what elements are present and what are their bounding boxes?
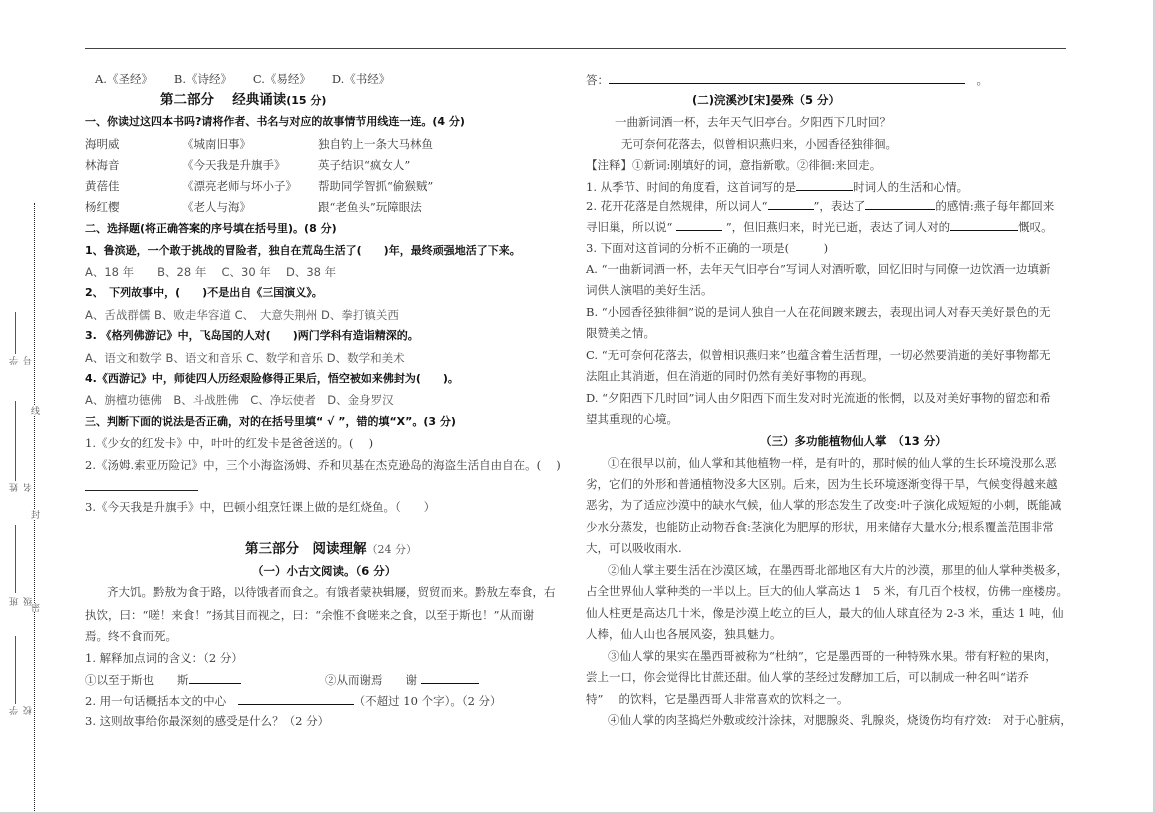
passage-line: 焉。终不食而死。	[85, 628, 177, 644]
choice-text[interactable]: C. “无可奈何花落去，似曾相识燕归来”也蕴含着生活哲理，一切必然要消逝的美好事…	[586, 347, 1050, 363]
choice-text: 词供人演唱的美好生活。	[586, 282, 713, 298]
mc-options[interactable]: A、旃檀功德佛 B、斗战胜佛 C、净坛使者 D、金身罗汉	[85, 392, 394, 408]
author[interactable]: 杨红樱	[85, 199, 120, 215]
choice-text: 法阻止其消逝，但在消逝的同时仍然有美好事物的再现。	[586, 368, 874, 384]
field-line	[15, 312, 16, 354]
plot[interactable]: 帮助同学智抓“偷猴贼”	[318, 178, 433, 194]
field-label: 学号	[8, 356, 36, 365]
paragraph-line: 人棒，仙人山也各展风姿，独具魅力。	[586, 626, 782, 642]
question: 3. 这则故事给你最深刻的感受是什么？（2 分）	[85, 713, 329, 729]
judge-item[interactable]: 3.《今天我是升旗手》中，巴顿小组烹饪课上做的是红烧鱼。（ ）	[85, 499, 435, 515]
field-label: 姓名	[8, 483, 36, 492]
answer-blank[interactable]	[768, 197, 814, 210]
field-label: 班级	[8, 597, 36, 606]
plot[interactable]: 跟“老鱼头”玩障眼法	[318, 199, 422, 215]
poem-line: 一曲新词酒一杯，去年天气旧亭台。夕阳西下几时回？	[615, 114, 891, 130]
binding-mark-xian: 线	[27, 406, 41, 415]
mc-question: 2、 下列故事中，( )不是出自《三国演义》。	[85, 285, 323, 301]
paragraph-line: 少水分蒸发，也能防止动物吞食:茎演化为肥厚的形状，用来储存大量水分;根系覆盖范围…	[586, 519, 1054, 535]
question: 2. 用一句话概括本文的中心 （不超过 10 个字）。（2 分）	[85, 692, 502, 709]
sec2-title: 二、选择题(将正确答案的序号填在括号里)。(8 分)	[85, 221, 337, 237]
book[interactable]: 《漂亮老师与坏小子》	[182, 178, 297, 194]
question: 寻旧巢，所以说“ ”，但旧燕归来，时光已逝，表达了词人对的慨叹。	[586, 218, 1053, 235]
choice-text[interactable]: D. “夕阳西下几时回”词人由夕阳西下而生发对时光流逝的怅惘，以及对美好事物的留…	[586, 390, 1051, 406]
answer-blank[interactable]	[609, 71, 965, 84]
field-line	[15, 636, 16, 704]
field-label: 学校	[8, 706, 36, 715]
binding-dotted-line	[34, 203, 35, 811]
mc-options[interactable]: A、18 年 B、28 年 C、30 年 D、38 年	[85, 264, 336, 280]
answer-blank[interactable]	[189, 671, 241, 684]
passage-line: 执饮，曰：“嗟！来食！”扬其目而视之，曰：“余惟不食嗟来之食，以至于斯也！”从而…	[85, 607, 534, 623]
paragraph-line: 劣，它们的外形和普通植物没多大区别。后来，因为生长环境逐渐变得干旱，气候变得越来…	[586, 476, 1058, 492]
author[interactable]: 林海音	[85, 157, 120, 173]
plot[interactable]: 英子结识“疯女人”	[318, 157, 410, 173]
paragraph-line: 恶劣，为了适应沙漠中的缺水气候，仙人掌的形态发生了改变:叶子演化成短短的小刺，既…	[586, 497, 1061, 513]
choice-text: 限赞美之情。	[586, 325, 655, 341]
mc-question: 3. 《格列佛游记》中，飞岛国的人对( )两门学科有造诣精深的。	[85, 328, 419, 344]
choice-text[interactable]: B. “小园香径独徘徊”说的是词人独自一人在花间踱来踱去，表现出词人对春天美好景…	[586, 304, 1051, 320]
sub3-title: （三）多功能植物仙人掌 （13 分）	[760, 433, 947, 449]
question: 2. 花开花落是自然规律，所以词人“”，表达了的感情:燕子每年都回来	[586, 197, 1054, 214]
paragraph-line: ②仙人掌主要生活在沙漠区域，在墨西哥北部地区有大片的沙漠，那里的仙人掌种类极多，	[608, 562, 1068, 578]
option: C.《易经》	[253, 72, 305, 86]
paragraph-line: 大，可以吸收雨水.	[586, 540, 682, 556]
binding-mark-feng: 封	[27, 510, 41, 519]
part2-heading: 第二部分 经典诵读(15 分)	[160, 92, 326, 109]
paragraph-line: 尝上一口，你会觉得比甘蔗还甜。仙人掌的茎经过发酵加工后，可以制成一种名叫“诺乔	[586, 669, 1029, 685]
field-line	[15, 525, 16, 593]
paragraph-line: 特” 的饮料，它是墨西哥人非常喜欢的饮料之一。	[586, 691, 849, 707]
answer-underline	[85, 490, 198, 491]
question: ①以至于斯也 斯	[85, 671, 241, 688]
answer-blank[interactable]	[865, 197, 935, 210]
question: ②从而谢焉 谢	[325, 671, 479, 688]
passage-line: 齐大饥。黔敖为食于路，以待饿者而食之。有饿者蒙袂辑屦，贸贸而来。黔敖左奉食，右	[107, 584, 556, 600]
plot[interactable]: 独自钓上一条大马林鱼	[318, 136, 433, 152]
paragraph-line: 占全世界仙人掌种类的一半以上。巨大的仙人掌高达 1 5 米，有几百个枝杈，仿佛一…	[586, 583, 1068, 599]
option: A.《圣经》	[95, 72, 147, 86]
author[interactable]: 黄蓓佳	[85, 178, 120, 194]
mc-options[interactable]: A、舌战群儒 B、败走华容道 C、 大意失荆州 D、拳打镇关西	[85, 307, 399, 323]
choice-text: 望其重现的心境。	[586, 411, 678, 427]
paragraph-line: 仙人柱更是高达几十米，像是沙漠上屹立的巨人，最大的仙人球直径为 2-3 米，重达…	[586, 605, 1063, 621]
option: D.《书经》	[332, 72, 390, 86]
sec1-title: 一、你读过这四本书吗?请将作者、书名与对应的故事情节用线连一连。(4 分)	[85, 114, 465, 130]
answer-blank[interactable]	[950, 218, 1018, 231]
paragraph-line: ④仙人掌的肉茎捣烂外敷或绞汁涂抹，对腮腺炎、乳腺炎，烧烫伤均有疗效: 对于心脏病…	[608, 712, 1072, 728]
book[interactable]: 《老人与海》	[182, 199, 251, 215]
paragraph-line: ①在很早以前，仙人掌和其他植物一样，是有叶的，那时候的仙人掌的生长环境没那么恶	[608, 455, 1057, 471]
choice-text[interactable]: A. “一曲新词酒一杯，去年天气旧亭台”写词人对酒听歌，回忆旧时与同僚一边饮酒一…	[586, 261, 1050, 277]
mc-question: 4.《西游记》中，师徒四人历经艰险修得正果后，悟空被如来佛封为( )。	[85, 371, 459, 387]
sub2-title: (二)浣溪沙[宋]晏殊（5 分）	[692, 92, 840, 108]
book[interactable]: 《城南旧事》	[182, 136, 251, 152]
question: 1. 从季节、时间的角度看，这首词写的是时词人的生活和心情。	[586, 178, 968, 195]
field-line	[15, 401, 16, 481]
answer-blank[interactable]	[238, 692, 354, 705]
mc-question: 1、鲁滨逊，一个敢于挑战的冒险者，独自在荒岛生活了( )年，最终顽强地活了下来。	[85, 243, 521, 259]
question: 3. 下面对这首词的分析不正确的一项是( )	[586, 240, 828, 256]
answer-blank[interactable]	[676, 218, 722, 231]
option: B.《诗经》	[174, 72, 226, 86]
judge-item[interactable]: 2.《汤姆.索亚历险记》中，三个小海盗汤姆、乔和贝基在杰克逊岛的海盗生活自由自在…	[85, 457, 561, 473]
mc-options[interactable]: A、语文和数学 B、语文和音乐 C、数学和音乐 D、数学和美术	[85, 350, 405, 366]
judge-item[interactable]: 1.《少女的红发卡》中，叶叶的红发卡是爸爸送的。( )	[85, 435, 373, 451]
question: 1. 解释加点词的含义：（2 分）	[85, 650, 243, 666]
part3-heading: 第三部分 阅读理解（24 分）	[245, 541, 417, 558]
paragraph-line: ③仙人掌的果实在墨西哥被称为“杜纳”，它是墨西哥的一种特殊水果。带有籽粒的果肉，	[608, 648, 1057, 664]
answer-line: 答： 。	[586, 71, 988, 88]
book[interactable]: 《今天我是升旗手》	[182, 157, 286, 173]
answer-blank[interactable]	[796, 178, 853, 191]
sec3-title: 三、判断下面的说法是否正确，对的在括号里填“ √ ”，错的填“X”。(3 分)	[85, 414, 456, 430]
option-row: A.《圣经》 B.《诗经》 C.《易经》 D.《书经》	[95, 71, 390, 87]
answer-blank[interactable]	[421, 671, 479, 684]
annotation: 【注释】①新词:刚填好的词，意指新歌。②徘徊:来回走。	[586, 157, 881, 173]
poem-line: 无可奈何花落去，似曾相识燕归来，小园香径独徘徊。	[621, 136, 897, 152]
author[interactable]: 海明威	[85, 136, 120, 152]
sub1-title: （一）小古文阅读。（6 分）	[252, 563, 396, 579]
header-rule	[85, 48, 1066, 49]
